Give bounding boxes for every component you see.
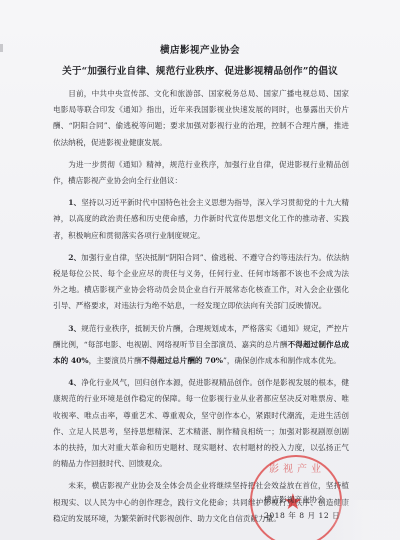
bold-limit-70: 不得超过总片酬的 70% — [142, 356, 223, 365]
paragraph-item-3: 3、规范行业秩序，抵制天价片酬，合理规划成本，严格落实《通知》规定，严控片酬比例… — [53, 321, 349, 370]
paragraph-intro: 目前，中共中央宣传部、文化和旅游部、国家税务总局、国家广播电视总局、国家电影局等… — [53, 86, 349, 151]
scan-fade — [330, 500, 400, 540]
paragraph-item-1: 1、坚持以习近平新时代中国特色社会主义思想为指导，深入学习贯彻党的十九大精神，以… — [53, 195, 349, 244]
seal-arc-text: 影视产业 — [262, 460, 332, 475]
document-main-title: 关于“加强行业自律、规范行业秩序、促进影视精品创作”的倡议 — [0, 63, 400, 77]
document-page: 横店影视产业协会 关于“加强行业自律、规范行业秩序、促进影视精品创作”的倡议 目… — [0, 0, 400, 540]
signature-org: 横店影视产业协会 — [264, 494, 325, 505]
signature-date: 2018 年 8 月 12 日 — [264, 510, 340, 521]
item-number: 3、 — [68, 324, 81, 333]
item-number: 4、 — [68, 378, 81, 387]
item-number: 1、 — [68, 198, 81, 207]
paragraph-item-2: 2、加强行业自律，坚决抵制“阴阳合同”、偷逃税、不遵守合约等违法行为。依法纳税是… — [53, 250, 349, 315]
item-number: 2、 — [68, 253, 81, 262]
document-org-title: 横店影视产业协会 — [0, 42, 400, 56]
paragraph-proposal: 为进一步贯彻《通知》精神，规范行业秩序，加强行业自律，促进影视行业精品创作，横店… — [53, 157, 349, 189]
